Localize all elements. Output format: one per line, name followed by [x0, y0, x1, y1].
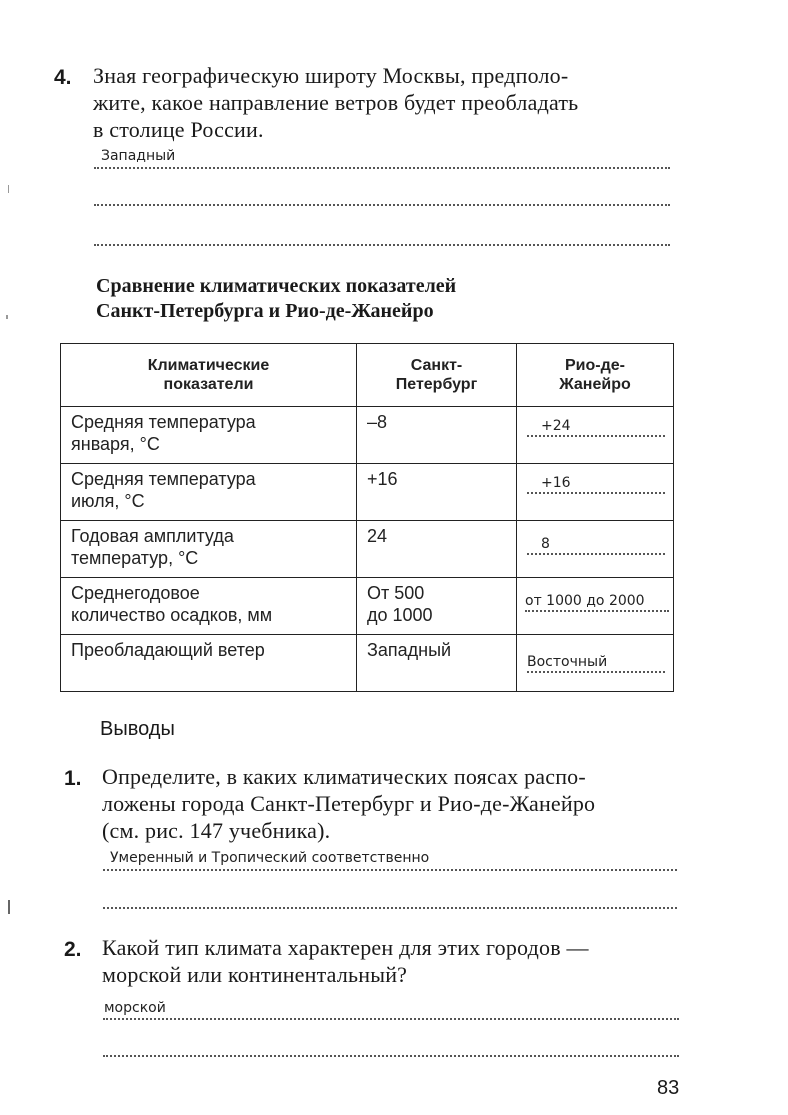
spb-value: –8: [367, 411, 508, 433]
spb-cell: 24: [357, 521, 517, 578]
spb-cell: –8: [357, 407, 517, 464]
answer-line-q1b[interactable]: [103, 907, 677, 909]
indicator-line: Среднегодовое: [71, 582, 348, 604]
indicator-line: Годовая амплитуда: [71, 525, 348, 547]
rio-answer-field[interactable]: от 1000 до 2000: [525, 592, 669, 612]
indicator-cell: Средняя температура июля, °С: [61, 464, 357, 521]
indicator-line: температур, °С: [71, 547, 348, 569]
indicator-line: количество осадков, мм: [71, 604, 348, 626]
answer-line-4c[interactable]: [94, 244, 670, 246]
header-line: Климатические: [65, 356, 352, 375]
rio-answer-field[interactable]: Восточный: [527, 653, 665, 673]
q1-line: Определите, в каких климатических поясах…: [102, 763, 595, 790]
answer-line-4a[interactable]: [94, 167, 670, 169]
question-4-line-2: жите, какое направление ветров будет пре…: [93, 89, 578, 116]
answer-line-q1a[interactable]: [103, 869, 677, 871]
conclusion-q1-answer[interactable]: Умеренный и Тропический соответственно: [110, 850, 429, 866]
scan-mark: [8, 185, 9, 193]
header-line: Рио-де-: [521, 356, 669, 375]
table-heading-line-2: Санкт-Петербурга и Рио-де-Жанейро: [96, 299, 456, 324]
rio-answer-field[interactable]: 8: [527, 535, 665, 555]
scan-mark: [6, 315, 8, 319]
table-row-wind: Преобладающий ветер Западный Восточный: [61, 635, 674, 692]
conclusion-q2-answer[interactable]: морской: [104, 1000, 166, 1016]
spb-value: +16: [367, 468, 508, 490]
question-4-line-1: Зная географическую широту Москвы, предп…: [93, 62, 578, 89]
rio-answer-field[interactable]: +16: [527, 474, 665, 494]
indicator-cell: Среднегодовое количество осадков, мм: [61, 578, 357, 635]
answer-line-q2a[interactable]: [103, 1018, 679, 1020]
spb-value: Западный: [367, 639, 508, 661]
spb-cell: +16: [357, 464, 517, 521]
q2-line: Какой тип климата характерен для этих го…: [102, 934, 589, 961]
table-row-jul-temp: Средняя температура июля, °С +16 +16: [61, 464, 674, 521]
indicator-line: января, °С: [71, 433, 348, 455]
rio-cell: +16: [517, 464, 674, 521]
question-4-text: Зная географическую широту Москвы, предп…: [93, 62, 578, 143]
page-number: 83: [657, 1077, 679, 1100]
question-4-line-3: в столице России.: [93, 116, 578, 143]
rio-cell: Восточный: [517, 635, 674, 692]
spb-cell: Западный: [357, 635, 517, 692]
q1-line: ложены города Санкт-Петербург и Рио-де-Ж…: [102, 790, 595, 817]
spb-cell: От 500 до 1000: [357, 578, 517, 635]
spb-value: до 1000: [367, 604, 508, 626]
conclusions-title: Выводы: [100, 718, 175, 741]
column-header-spb: Санкт- Петербург: [357, 344, 517, 407]
indicator-line: Средняя температура: [71, 468, 348, 490]
conclusion-q2-text: Какой тип климата характерен для этих го…: [102, 934, 589, 988]
header-line: Санкт-: [361, 356, 512, 375]
conclusion-q1-text: Определите, в каких климатических поясах…: [102, 763, 595, 844]
rio-answer-field[interactable]: +24: [527, 417, 665, 437]
rio-cell: 8: [517, 521, 674, 578]
header-line: Петербург: [361, 375, 512, 394]
column-header-indicator: Климатические показатели: [61, 344, 357, 407]
climate-comparison-table: Климатические показатели Санкт- Петербур…: [60, 343, 674, 692]
table-header-row: Климатические показатели Санкт- Петербур…: [61, 344, 674, 407]
spb-value: От 500: [367, 582, 508, 604]
indicator-line: Преобладающий ветер: [71, 639, 348, 661]
indicator-cell: Преобладающий ветер: [61, 635, 357, 692]
conclusion-q1-number: 1.: [64, 767, 82, 791]
indicator-cell: Средняя температура января, °С: [61, 407, 357, 464]
rio-cell: от 1000 до 2000: [517, 578, 674, 635]
header-line: Жанейро: [521, 375, 669, 394]
q1-line: (см. рис. 147 учебника).: [102, 817, 595, 844]
indicator-cell: Годовая амплитуда температур, °С: [61, 521, 357, 578]
indicator-line: июля, °С: [71, 490, 348, 512]
table-heading-line-1: Сравнение климатических показателей: [96, 274, 456, 299]
column-header-rio: Рио-де- Жанейро: [517, 344, 674, 407]
answer-line-4b[interactable]: [94, 204, 670, 206]
table-heading: Сравнение климатических показателей Санк…: [96, 274, 456, 324]
q2-line: морской или континентальный?: [102, 961, 589, 988]
question-4-number: 4.: [54, 66, 72, 90]
table-row-amplitude: Годовая амплитуда температур, °С 24 8: [61, 521, 674, 578]
answer-line-q2b[interactable]: [103, 1055, 679, 1057]
indicator-line: Средняя температура: [71, 411, 348, 433]
header-line: показатели: [65, 375, 352, 394]
conclusion-q2-number: 2.: [64, 938, 82, 962]
rio-cell: +24: [517, 407, 674, 464]
spb-value: 24: [367, 525, 508, 547]
question-4-answer[interactable]: Западный: [101, 148, 175, 164]
scan-mark: [8, 900, 10, 914]
table-row-precipitation: Среднегодовое количество осадков, мм От …: [61, 578, 674, 635]
table-row-jan-temp: Средняя температура января, °С –8 +24: [61, 407, 674, 464]
